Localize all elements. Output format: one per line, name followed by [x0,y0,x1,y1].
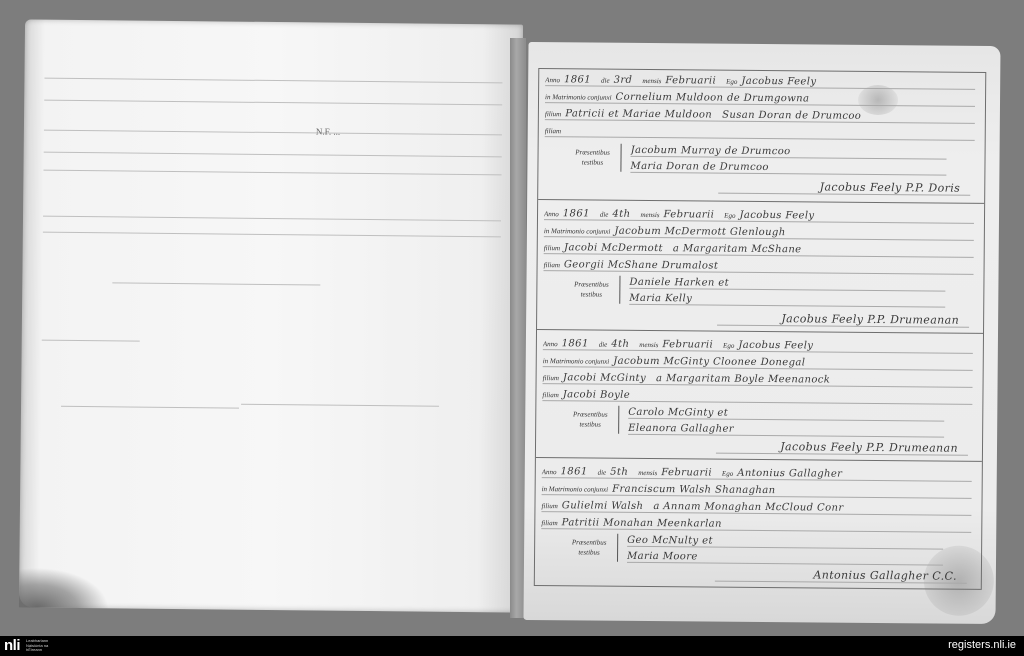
testibus-label: testibus [565,289,617,299]
left-page: N.F. ... [19,19,523,612]
witness-2: Eleanora Gallagher [628,420,944,438]
die-label: die [598,469,607,478]
entry-month: Februarii [662,339,713,350]
witness-1: Jacobum Murray de Drumcoo [631,142,947,160]
filium-label: filium [545,110,561,119]
testibus-label: testibus [566,157,618,167]
entry-priest: Jacobus Feely [739,210,814,222]
entry-filium-row: filium Jacobi McGinty a Margaritam Boyle… [543,369,973,388]
filiam-label: filiam [545,127,561,136]
entry-groom: Jacobum McDermott Glenlough [614,226,785,238]
signature-text: Antonius Gallagher C.C. [813,568,957,582]
filium-label: filium [543,374,559,383]
entry-day: 3rd [614,75,633,86]
signature-text: Jacobus Feely P.P. Doris [820,180,961,194]
ego-label: Ego [723,342,734,351]
marriage-entry-1: Anno 1861 die 3rd mensis Februarii Ego J… [538,69,985,204]
entry-bride: Susan Doran de Drumcoo [722,110,861,122]
brace [620,144,625,172]
entry-date-row: Anno 1861 die 4th mensis Februarii Ego J… [544,205,974,224]
priest-signature: Jacobus Feely P.P. Drumeanan [716,439,968,456]
priest-signature: Jacobus Feely P.P. Drumeanan [717,311,969,328]
entry-groom: Cornelium Muldoon de Drumgowna [616,92,810,105]
entry-bride-parents: Jacobi Boyle [563,389,630,401]
entry-day: 4th [612,209,630,220]
witness-block: Præsentibus testibus Daniele Harken et M… [565,273,965,310]
anno-label: Anno [544,210,559,219]
entry-filiam-row: filiam Patritii Monahan Meenkarlan [541,514,971,533]
entry-groom: Franciscum Walsh Shanaghan [612,484,775,496]
marriage-entry-3: Anno 1861 die 4th mensis Februarii Ego J… [536,329,983,462]
witness-1: Geo McNulty et [627,532,943,550]
ruled-line [44,152,502,158]
priest-signature: Jacobus Feely P.P. Doris [718,179,970,196]
entry-priest: Jacobus Feely [741,76,816,88]
entry-bride: a Margaritam Boyle Meenanock [656,373,830,386]
page-corner-shadow [19,567,109,608]
praesentibus-label: Præsentibus [567,147,619,157]
entry-groom: Jacobum McGinty Cloonee Donegal [613,356,805,369]
mensis-label: mensis [639,341,658,350]
right-page: Anno 1861 die 3rd mensis Februarii Ego J… [523,42,1000,624]
entry-bride: a Margaritam McShane [673,243,802,255]
in-matrimonio-label: in Matrimonio conjunxi [543,357,610,367]
die-label: die [599,341,608,350]
entry-day: 4th [611,339,629,350]
witness-name: Maria Kelly [629,293,692,305]
in-matrimonio-label: in Matrimonio conjunxi [544,227,611,237]
entry-year: 1861 [562,338,589,349]
witness-name: Daniele Harken et [629,277,729,289]
register-frame: Anno 1861 die 3rd mensis Februarii Ego J… [534,68,987,590]
witness-label: Præsentibus testibus [566,147,618,167]
testibus-label: testibus [564,419,616,429]
ego-label: Ego [724,212,735,221]
filium-label: filium [541,502,557,511]
mensis-label: mensis [642,77,661,86]
witness-label: Præsentibus testibus [563,537,615,557]
entry-bride-parents: Georgii McShane Drumalost [564,259,718,271]
ruled-line [44,130,502,136]
filiam-label: filiam [541,519,557,528]
die-label: die [600,211,609,220]
witness-block: Præsentibus testibus Geo McNulty et Mari… [563,531,963,568]
witness-name: Geo McNulty et [627,535,713,547]
entry-filiam-row: filiam Jacobi Boyle [542,386,972,405]
entry-year: 1861 [563,208,590,219]
praesentibus-label: Præsentibus [563,537,615,547]
brace [617,534,622,562]
testibus-label: testibus [563,547,615,557]
ruled-line [44,78,502,84]
priest-signature: Antonius Gallagher C.C. [715,567,967,584]
in-matrimonio-label: in Matrimonio conjunxi [545,93,612,103]
entry-day: 5th [610,467,628,478]
entry-month: Februarii [663,209,714,220]
witness-name: Carolo McGinty et [628,407,728,419]
ruled-line [42,340,140,342]
ruled-line [43,232,501,238]
anno-label: Anno [543,340,558,349]
witness-name: Jacobum Murray de Drumcoo [631,145,791,157]
brace [619,276,624,304]
ruled-line [44,170,502,176]
entry-priest: Jacobus Feely [738,340,813,352]
ruled-line [241,404,439,407]
witness-2: Maria Doran de Drumcoo [630,158,946,176]
marriage-entry-2: Anno 1861 die 4th mensis Februarii Ego J… [537,199,984,334]
entry-groom-row: in Matrimonio conjunxi Franciscum Walsh … [542,480,972,499]
filiam-label: filiam [542,391,558,400]
witness-name: Eleanora Gallagher [628,423,734,435]
entry-groom-row: in Matrimonio conjunxi Jacobum McDermott… [544,222,974,241]
ruled-line [61,406,239,409]
entry-priest: Antonius Gallagher [737,468,842,480]
ruled-line [43,216,501,222]
entry-date-row: Anno 1861 die 4th mensis Februarii Ego J… [543,335,973,354]
document-viewer[interactable]: N.F. ... Anno 1861 die 3rd mensis Februa… [0,0,1024,636]
nli-logo-text: Leabharlann Náisiúnta na hÉireann [26,639,56,653]
entry-groom-parents: Patricii et Mariae Muldoon [565,108,712,120]
entry-filium-row: filium Gulielmi Walsh a Annam Monaghan M… [541,497,971,516]
witness-block: Præsentibus testibus Jacobum Murray de D… [566,141,966,178]
nli-logo[interactable]: nli Leabharlann Náisiúnta na hÉireann [4,638,56,654]
footer-bar: nli Leabharlann Náisiúnta na hÉireann re… [0,636,1024,656]
entry-filium-row: filium Jacobi McDermott a Margaritam McS… [544,239,974,258]
nli-logo-mark: nli [4,638,20,654]
witness-1: Daniele Harken et [629,274,945,292]
filium-label: filium [544,244,560,253]
witness-1: Carolo McGinty et [628,404,944,422]
witness-name: Maria Moore [627,551,698,563]
ego-label: Ego [726,78,737,87]
witness-2: Maria Moore [627,548,943,566]
praesentibus-label: Præsentibus [565,279,617,289]
witness-2: Maria Kelly [629,290,945,308]
marriage-entry-4: Anno 1861 die 5th mensis Februarii Ego A… [535,457,982,589]
ego-label: Ego [722,470,733,479]
entry-year: 1861 [564,74,591,85]
mensis-label: mensis [640,211,659,220]
entry-filium-row: filium Patricii et Mariae Muldoon Susan … [545,105,975,124]
entry-groom-row: in Matrimonio conjunxi Cornelium Muldoon… [545,88,975,107]
signature-text: Jacobus Feely P.P. Drumeanan [780,440,958,455]
entry-date-row: Anno 1861 die 5th mensis Februarii Ego A… [542,463,972,482]
signature-text: Jacobus Feely P.P. Drumeanan [781,312,959,327]
filiam-label: filiam [544,261,560,270]
faint-mark: N.F. ... [316,126,340,136]
site-link[interactable]: registers.nli.ie [948,639,1016,651]
witness-block: Præsentibus testibus Carolo McGinty et E… [564,403,964,440]
entry-month: Februarii [665,75,716,86]
brace [618,406,623,434]
entry-year: 1861 [561,466,588,477]
witness-name: Maria Doran de Drumcoo [630,161,768,173]
entry-groom-parents: Jacobi McGinty [563,372,646,384]
entry-filiam-row: filiam Georgii McShane Drumalost [544,256,974,275]
witness-label: Præsentibus testibus [565,279,617,299]
praesentibus-label: Præsentibus [564,409,616,419]
mensis-label: mensis [638,469,657,478]
entry-month: Februarii [661,467,712,478]
entry-bride-parents: Patritii Monahan Meenkarlan [562,517,722,529]
entry-groom-parents: Gulielmi Walsh [562,500,644,512]
in-matrimonio-label: in Matrimonio conjunxi [542,485,609,495]
witness-label: Præsentibus testibus [564,409,616,429]
entry-groom-row: in Matrimonio conjunxi Jacobum McGinty C… [543,352,973,371]
anno-label: Anno [542,468,557,477]
ruled-line [44,100,502,106]
entry-groom-parents: Jacobi McDermott [564,242,663,254]
die-label: die [601,77,610,86]
anno-label: Anno [545,76,560,85]
entry-filiam-row: filiam [545,122,975,141]
entry-bride: a Annam Monaghan McCloud Conr [653,501,843,514]
ruled-line [112,282,320,285]
entry-date-row: Anno 1861 die 3rd mensis Februarii Ego J… [545,71,975,90]
